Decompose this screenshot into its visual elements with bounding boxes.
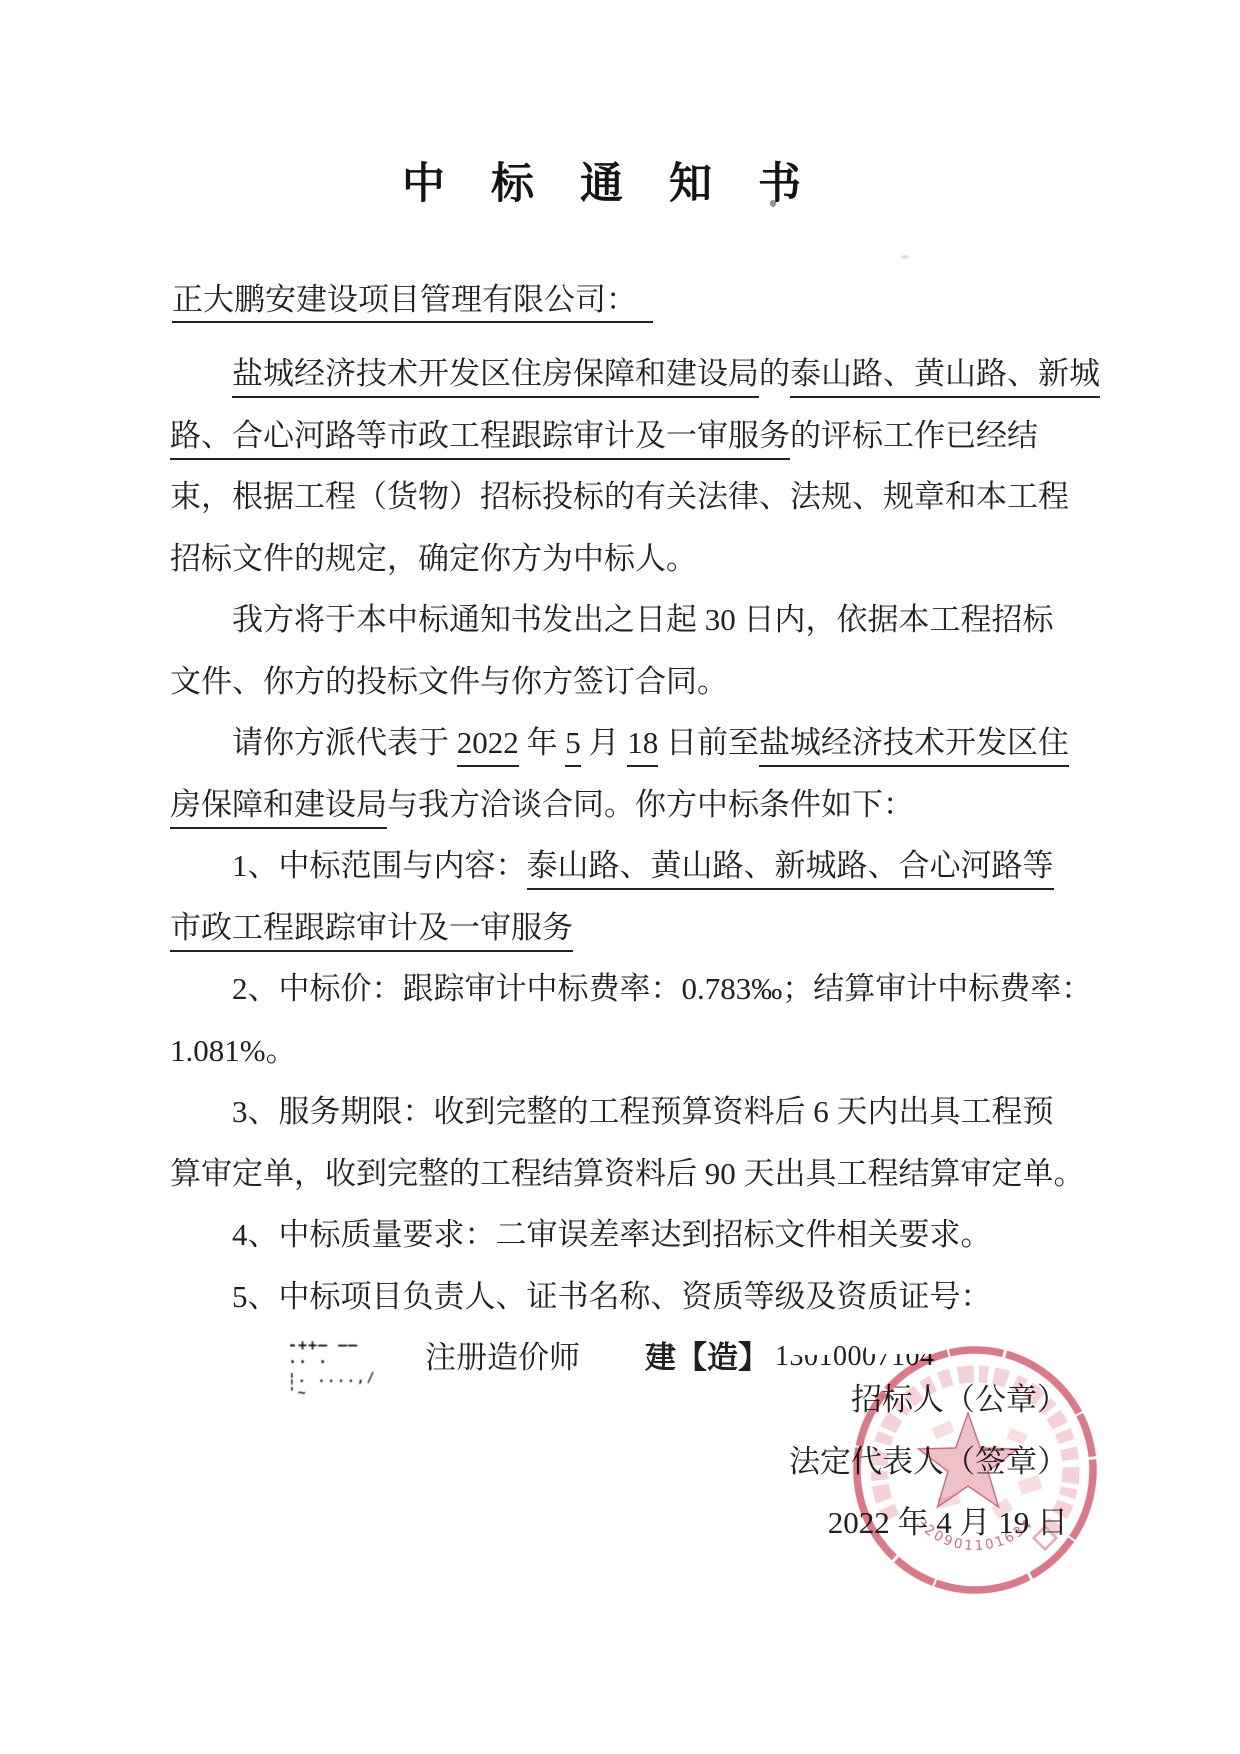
body-text: 5、中标项目负责人、证书名称、资质等级及资质证号： (232, 1279, 992, 1314)
document-line: 3、服务期限：收到完整的工程预算资料后 6 天内出具工程预 (170, 1081, 1090, 1143)
document-line: 1、中标范围与内容：泰山路、黄山路、新城路、合心河路等 (170, 835, 1090, 897)
underlined-text: 市政工程跟踪审计及一审服务 (170, 910, 573, 952)
seal-code: 320901101634 (913, 1515, 1037, 1554)
body-text: 我方将于本中标通知书发出之日起 30 日内，依据本工程招标 (232, 602, 1054, 637)
body-text: 算审定单，收到完整的工程结算资料后 90 天出具工程结算审定单。 (170, 1156, 1085, 1191)
underlined-text: 2022 (457, 725, 519, 767)
body-text: 请你方派代表于 (232, 725, 457, 760)
document-line: 我方将于本中标通知书发出之日起 30 日内，依据本工程招标 (170, 589, 1090, 651)
body-text: 与我方洽谈合同。你方中标条件如下： (387, 787, 914, 822)
document-line: 算审定单，收到完整的工程结算资料后 90 天出具工程结算审定单。 (170, 1143, 1090, 1205)
body-text: 的 (759, 356, 790, 391)
document-line: 2、中标价：跟踪审计中标费率：0.783‰；结算审计中标费率： (170, 958, 1090, 1020)
body-text: 2、中标价：跟踪审计中标费率：0.783‰；结算审计中标费率： (232, 971, 1092, 1006)
seal-star (919, 1413, 1018, 1507)
addressee-company-name: 正大鹏安建设项目管理有限公司： (172, 282, 653, 323)
scan-erasure (788, 1338, 831, 1355)
body-text: 年 (519, 725, 566, 760)
underlined-text: 房保障和建设局 (170, 787, 387, 829)
official-red-seal: 320901101634 (838, 1336, 1118, 1626)
document-line: 4、中标质量要求：二审误差率达到招标文件相关要求。 (170, 1204, 1090, 1266)
document-line: 1.081%。 (170, 1020, 1090, 1082)
document-line: 文件、你方的投标文件与你方签订合同。 (170, 651, 1090, 713)
document-line: 招标文件的规定，确定你方为中标人。 (170, 528, 1090, 590)
body-text: 的评标工作已经结 (790, 418, 1038, 453)
page-title: 中标通知书 (402, 150, 847, 211)
notice-document-page: 中标通知书 正大鹏安建设项目管理有限公司： 盐城经济技术开发区住房保障和建设局的… (0, 0, 1240, 1754)
underlined-text: 盐城经济技术开发区住房保障和建设局 (232, 356, 759, 398)
winner-name-redacted: -++– —— ·· · ¦. ....,/ '~ (288, 1337, 388, 1379)
body-text: 4、中标质量要求：二审误差率达到招标文件相关要求。 (232, 1217, 992, 1252)
document-line: 束，根据工程（货物）招标投标的有关法律、法规、规章和本工程 (170, 466, 1090, 528)
underlined-text: 路、合心河路等市政工程跟踪审计及一审服务 (170, 418, 790, 460)
body-text: 1.081%。 (170, 1033, 297, 1068)
body-text: 束，根据工程（货物）招标投标的有关法律、法规、规章和本工程 (170, 479, 1069, 514)
body-text: 文件、你方的投标文件与你方签订合同。 (170, 664, 728, 699)
document-body: 盐城经济技术开发区住房保障和建设局的泰山路、黄山路、新城路、合心河路等市政工程跟… (170, 343, 1090, 1327)
body-text: 日前至 (658, 725, 759, 760)
underlined-text: 18 (627, 725, 658, 767)
underlined-text: 5 (565, 725, 581, 767)
body-text: 1、中标范围与内容： (232, 848, 527, 883)
underlined-text: 泰山路、黄山路、新城路、合心河路等 (527, 848, 1054, 890)
addressee-line: 正大鹏安建设项目管理有限公司： (172, 274, 653, 319)
document-line: 房保障和建设局与我方洽谈合同。你方中标条件如下： (170, 774, 1090, 836)
underlined-text: 盐城经济技术开发区住 (759, 725, 1069, 767)
scan-speck (770, 200, 776, 207)
document-line: 5、中标项目负责人、证书名称、资质等级及资质证号： (170, 1266, 1090, 1328)
document-line: 路、合心河路等市政工程跟踪审计及一审服务的评标工作已经结 (170, 405, 1090, 467)
body-text: 3、服务期限：收到完整的工程预算资料后 6 天内出具工程预 (232, 1094, 1054, 1129)
redaction-marks: -++– —— ·· · (288, 1337, 388, 1371)
document-line: 请你方派代表于 2022 年 5 月 18 日前至盐城经济技术开发区住 (170, 712, 1090, 774)
document-line: 市政工程跟踪审计及一审服务 (170, 897, 1090, 959)
underlined-text: 泰山路、黄山路、新城 (790, 356, 1100, 398)
scan-speck (901, 255, 909, 259)
body-text: 招标文件的规定，确定你方为中标人。 (170, 541, 697, 576)
body-text: 月 (581, 725, 628, 760)
document-line: 盐城经济技术开发区住房保障和建设局的泰山路、黄山路、新城 (170, 343, 1090, 405)
